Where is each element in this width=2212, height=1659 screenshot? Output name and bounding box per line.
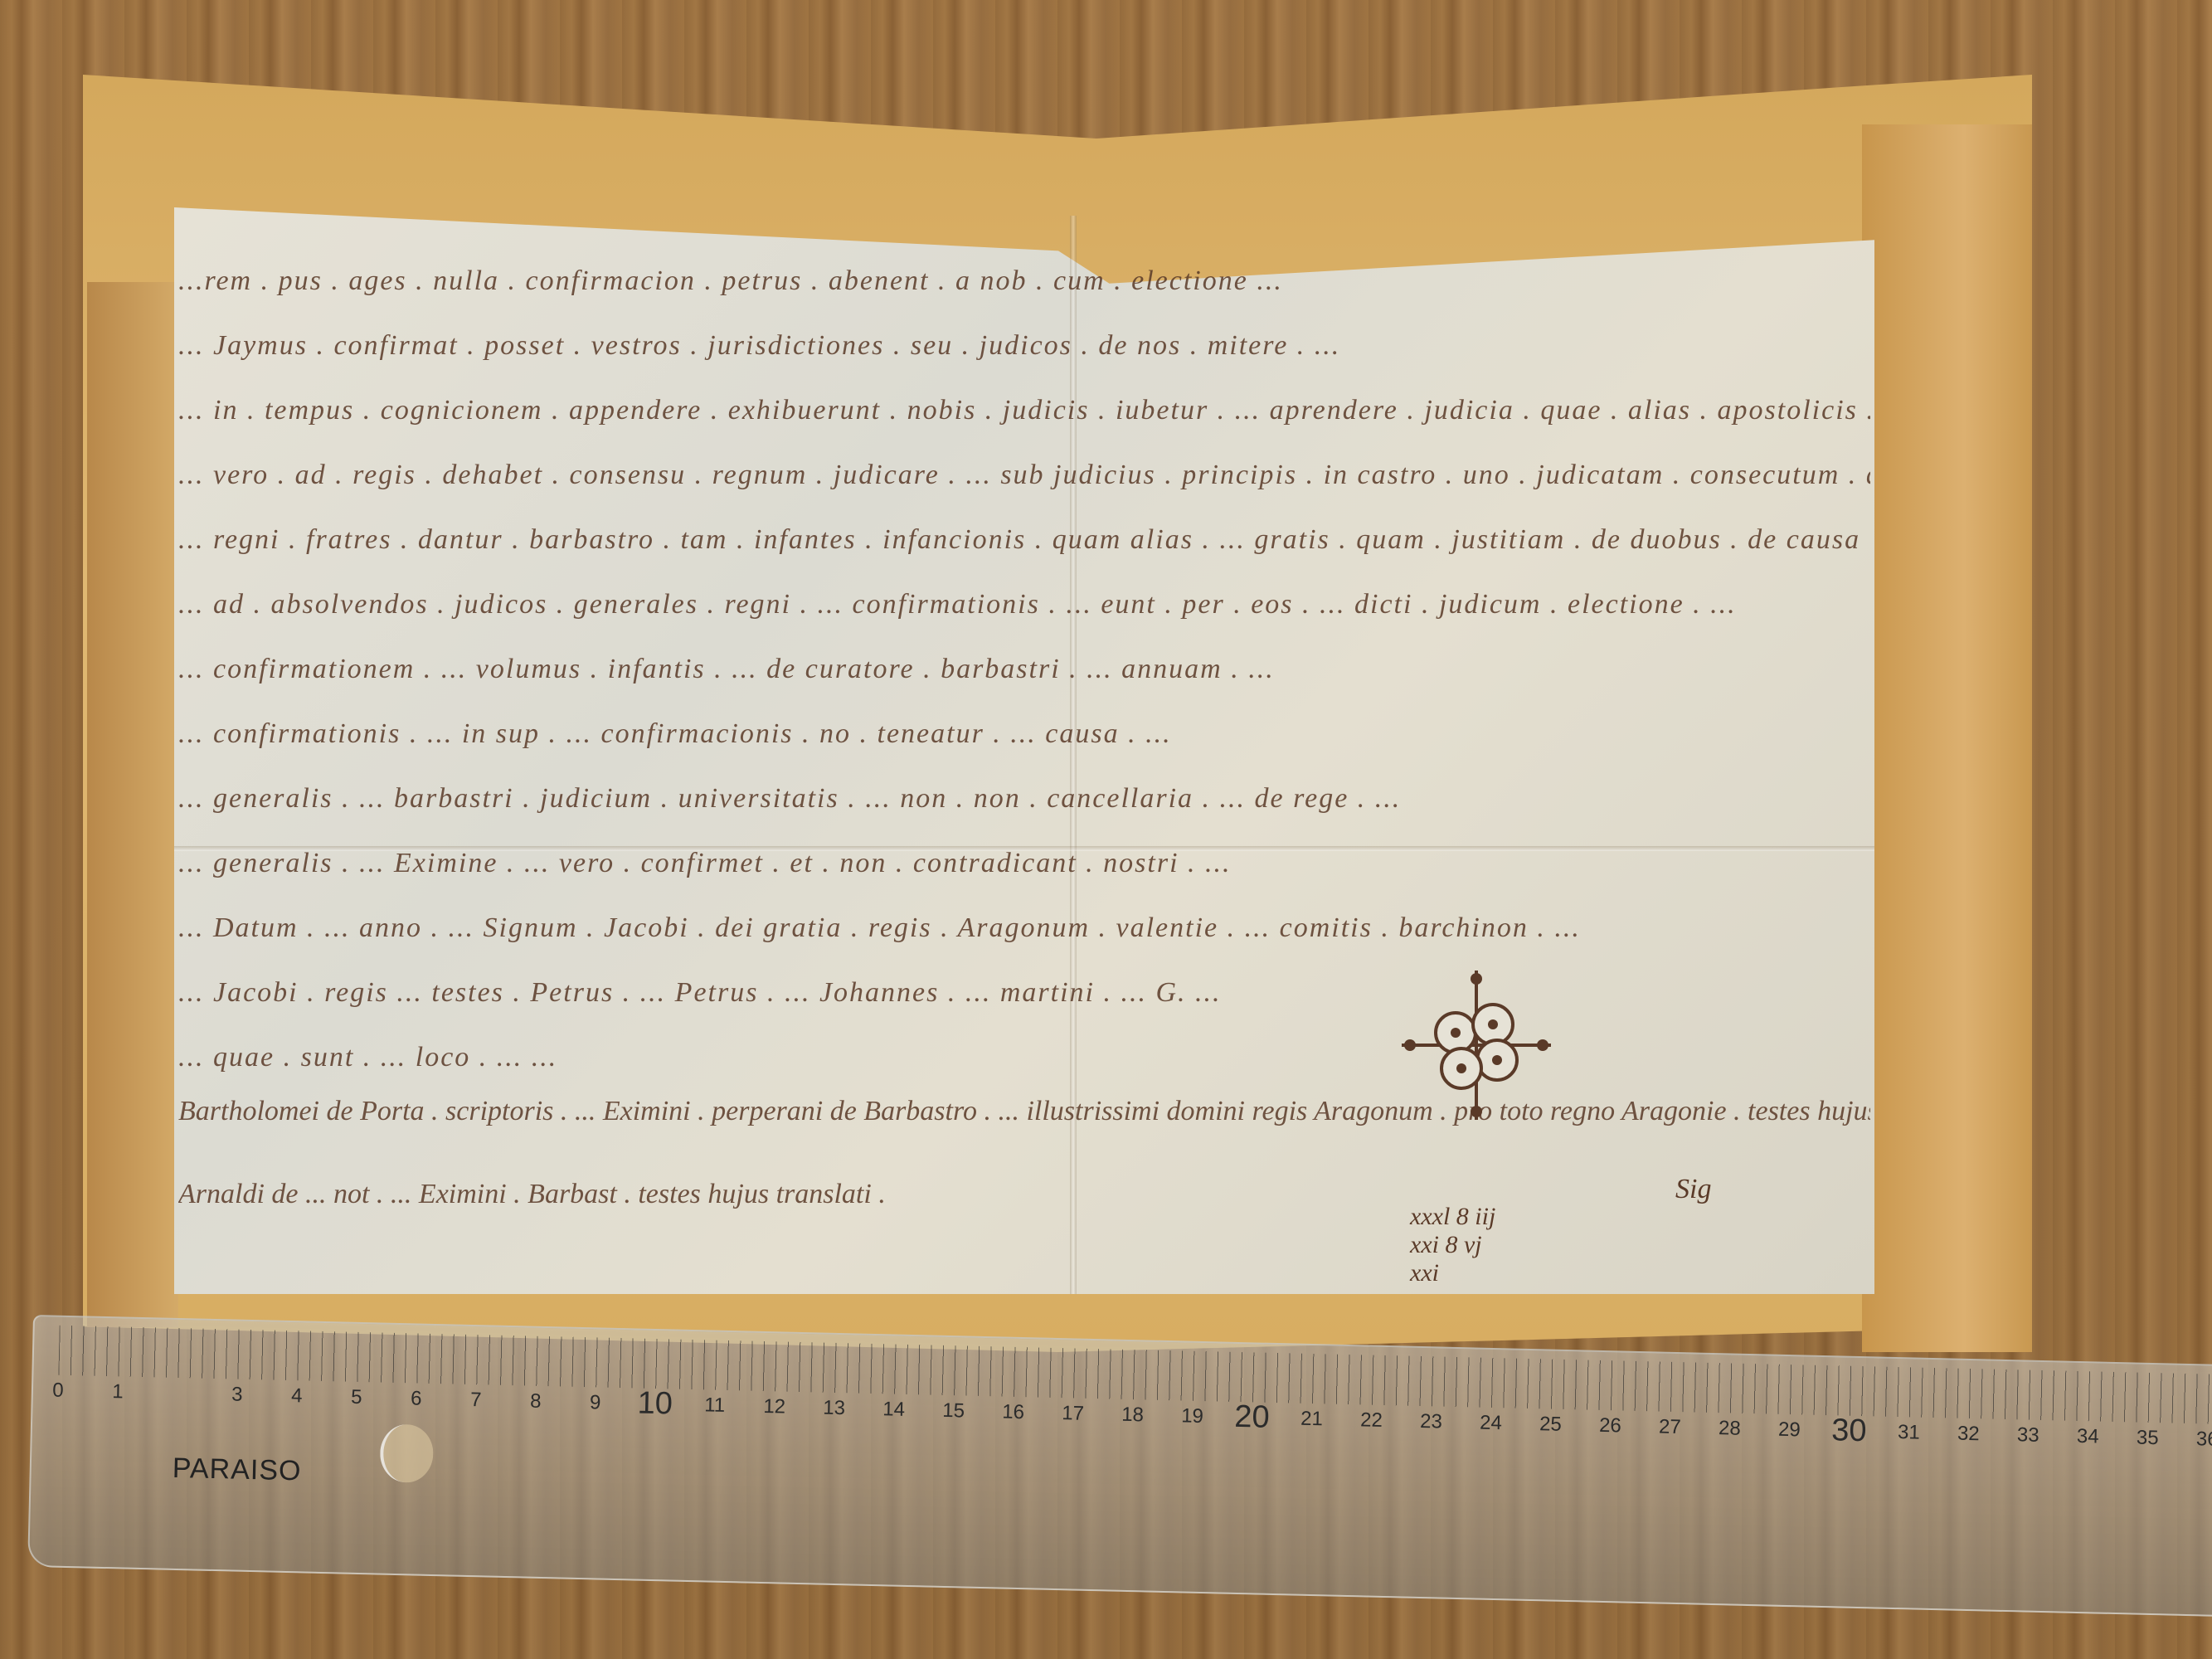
ruler-number: 33 — [2017, 1423, 2039, 1447]
ruler-number: 28 — [1719, 1417, 1741, 1441]
ruler-number: 20 — [1234, 1399, 1270, 1436]
charter-text: ...rem . pus . ages . nulla . confirmaci… — [178, 249, 1870, 1090]
text-line: ... Jacobi . regis ... testes . Petrus .… — [178, 961, 1870, 1025]
ruler-number: 19 — [1181, 1404, 1203, 1428]
notarial-signum-icon — [1402, 971, 1551, 1120]
ruler-number: 3 — [231, 1383, 243, 1406]
signature-line: Arnaldi de ... not . ... Eximini . Barba… — [178, 1153, 1870, 1236]
ruler-number: 5 — [351, 1386, 362, 1409]
text-line: ... confirmationem . ... volumus . infan… — [178, 637, 1870, 702]
note-line: xxi — [1410, 1259, 1495, 1287]
text-line: ... vero . ad . regis . dehabet . consen… — [178, 443, 1870, 508]
note-line: xxi 8 vj — [1410, 1231, 1495, 1259]
ruler-number: 10 — [637, 1386, 673, 1423]
witness-signatures: Bartholomei de Porta . scriptoris . ... … — [178, 1070, 1870, 1236]
ruler-number: 8 — [530, 1390, 542, 1413]
note-line: xxxl 8 iij — [1410, 1203, 1495, 1231]
ruler-hole — [380, 1424, 435, 1483]
sig-mark: Sig — [1675, 1174, 1711, 1205]
ruler-number: 25 — [1539, 1413, 1562, 1437]
ruler-number: 35 — [2137, 1427, 2159, 1451]
text-line: ... Jaymus . confirmat . posset . vestro… — [178, 314, 1870, 378]
ruler-number: 34 — [2077, 1425, 2099, 1449]
ruler-number: 36 — [2196, 1428, 2212, 1452]
text-line: ... regni . fratres . dantur . barbastro… — [178, 508, 1870, 572]
ruler-number: 7 — [470, 1389, 482, 1412]
ruler-number: 32 — [1957, 1423, 1980, 1447]
marginal-note: xxxl 8 iij xxi 8 vj xxi — [1410, 1203, 1495, 1287]
ruler-number: 11 — [704, 1394, 726, 1418]
ruler-number: 23 — [1420, 1410, 1442, 1434]
ruler-number: 22 — [1360, 1408, 1383, 1433]
ruler-number: 18 — [1121, 1404, 1144, 1428]
ruler-number: 31 — [1898, 1421, 1920, 1445]
text-line: ... generalis . ... Eximine . ... vero .… — [178, 831, 1870, 896]
text-line: ... generalis . ... barbastri . judicium… — [178, 766, 1870, 831]
ruler-number: 12 — [763, 1395, 785, 1419]
text-line: ... Datum . ... anno . ... Signum . Jaco… — [178, 896, 1870, 961]
ruler-number: 0 — [52, 1379, 64, 1403]
ruler-number: 1 — [112, 1380, 124, 1404]
ruler-number: 9 — [590, 1391, 601, 1414]
ruler-number: 13 — [823, 1397, 845, 1421]
text-line: ... confirmationis . ... in sup . ... co… — [178, 702, 1870, 766]
ruler-number: 27 — [1659, 1416, 1681, 1440]
ruler-number: 24 — [1480, 1412, 1502, 1436]
text-line: ... in . tempus . cognicionem . appender… — [178, 378, 1870, 443]
ruler-number: 4 — [291, 1384, 303, 1408]
ruler-number: 26 — [1599, 1414, 1621, 1438]
ruler-number: 17 — [1062, 1402, 1084, 1426]
text-line: ...rem . pus . ages . nulla . confirmaci… — [178, 249, 1870, 314]
text-line: ... ad . absolvendos . judicos . general… — [178, 572, 1870, 637]
ruler-number: 30 — [1831, 1413, 1867, 1449]
ruler-brand: PARAISO — [172, 1452, 301, 1488]
ruler-number: 15 — [942, 1399, 965, 1423]
parchment-right-fold — [1862, 124, 2032, 1352]
ruler-number: 6 — [411, 1387, 422, 1410]
ruler-number: 29 — [1778, 1418, 1801, 1443]
signature-line: Bartholomei de Porta . scriptoris . ... … — [178, 1070, 1870, 1153]
parchment-left-fold — [87, 282, 178, 1327]
ruler-number: 16 — [1002, 1401, 1024, 1425]
ruler: 0 1 3 4 5 6 7 8 9 10 11 12 13 14 15 16 1… — [27, 1315, 2212, 1617]
ruler-number: 14 — [882, 1398, 905, 1422]
ruler-number: 21 — [1300, 1408, 1323, 1432]
